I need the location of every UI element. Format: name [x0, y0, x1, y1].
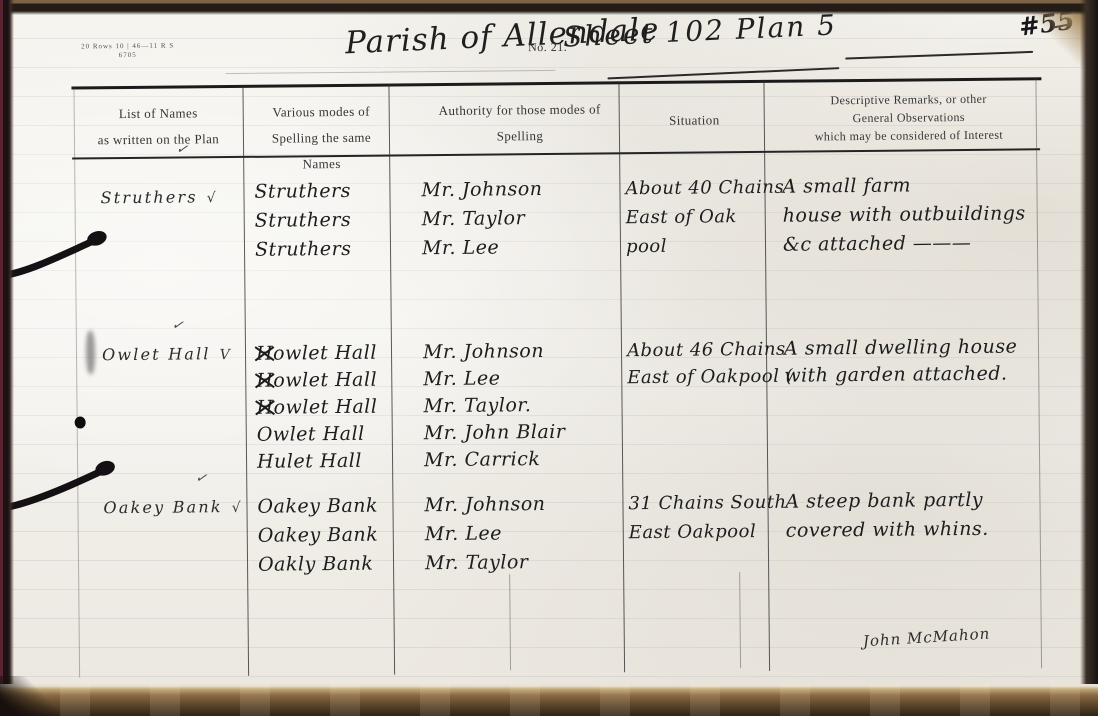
scanned-page: 20 Rows 10 | 46—11 R S 6705 Parish of Al…	[0, 0, 1098, 716]
column-header-names: List of Namesas written on the Plan	[73, 88, 243, 158]
authority-entry: Mr. Taylor	[422, 203, 620, 234]
spelling-entry: Howlet Hall	[256, 340, 391, 368]
remarks-cell: A small dwelling housewith garden attach…	[766, 323, 1039, 481]
situation-line: East Oakpool	[629, 517, 768, 547]
authority-entry: Mr. Lee	[423, 364, 621, 393]
plan-name: Owlet Hall	[102, 344, 211, 364]
spelling-entry: Hulet Hall	[257, 448, 392, 476]
name-cell: ✓ Oakey Bank √	[77, 486, 248, 678]
situation-cell: 31 Chains SouthEast Oakpool	[622, 481, 769, 672]
binding-cord-top	[5, 208, 118, 285]
spellings-cell: Oakey BankOakey BankOakly Bank	[246, 485, 394, 676]
header-line: Spelling	[421, 122, 619, 150]
column-header-situation: Situation	[618, 83, 764, 152]
check-mark: V	[220, 347, 230, 363]
name-book-table: List of Namesas written on the Plan Vari…	[73, 77, 1041, 677]
scan-corner-shadow	[0, 676, 70, 716]
binding-cord-bottom	[7, 436, 126, 515]
header-line: Situation	[625, 107, 764, 134]
spelling-entry: Oakey Bank	[257, 492, 392, 522]
authority-entry: Mr. Taylor	[425, 547, 623, 578]
paper: 20 Rows 10 | 46—11 R S 6705 Parish of Al…	[10, 10, 1086, 690]
spelling-entry: Struthers	[255, 206, 390, 236]
form-print-line: 6705	[81, 51, 174, 61]
header-line: Various modes of	[254, 99, 389, 126]
authorities-cell: Mr. JohnsonMr. LeeMr. Taylor	[392, 482, 624, 674]
remarks-line: covered with whins.	[786, 514, 1040, 545]
ink-smudge	[86, 330, 95, 374]
remarks-line: A small farm	[782, 170, 1036, 201]
remarks-line: &c attached ———	[783, 228, 1037, 259]
table-header-row: List of Namesas written on the Plan Vari…	[73, 80, 1036, 157]
remarks-line: house with outbuildings	[783, 199, 1037, 230]
form-print-line: 20 Rows 10 | 46—11 R S	[81, 42, 174, 52]
spellings-cell: StruthersStruthersStruthers	[243, 155, 391, 331]
struck-letter: H	[256, 341, 273, 368]
remarks-line: with garden attached.	[784, 360, 1038, 389]
form-print: 20 Rows 10 | 46—11 R S 6705	[81, 42, 174, 61]
spelling-entry: Oakey Bank	[258, 520, 393, 550]
spelling-entry: Howlet Hall	[256, 367, 391, 395]
authority-entry: Mr. Lee	[425, 518, 623, 549]
faint-rule	[225, 70, 555, 74]
spelling-entry: Oakly Bank	[258, 549, 393, 579]
form-number: No. 21.	[528, 40, 567, 55]
spelling-entry: Owlet Hall	[257, 421, 392, 449]
authority-entry: Mr. Johnson	[423, 337, 621, 366]
situation-line: About 40 Chains	[625, 173, 764, 203]
table-row: ✓ Struthers √ StruthersStruthersStruther…	[74, 148, 1038, 332]
check-mark: √	[207, 190, 216, 206]
plan-name: Struthers	[100, 187, 197, 207]
underline-flourish	[845, 51, 1033, 59]
scan-edge-top	[0, 0, 1098, 15]
column-header-authority: Authority for those modes ofSpelling	[388, 84, 619, 154]
situation-line: pool	[626, 231, 765, 261]
table-row: ✓ Owlet Hall V Howlet HallHowlet HallHow…	[76, 323, 1039, 487]
situation-cell: About 40 ChainsEast of Oakpool	[619, 151, 766, 327]
authority-entry: Mr. John Blair	[424, 418, 622, 447]
remarks-line: A steep bank partly	[785, 485, 1039, 516]
authority-entry: Mr. Johnson	[424, 489, 622, 520]
situation-line: 31 Chains South	[628, 488, 767, 518]
remarks-line: A small dwelling house	[784, 333, 1038, 362]
header-line: which may be considered of Interest	[782, 125, 1036, 145]
page-edge-right	[1080, 0, 1098, 716]
situation-cell: About 46 ChainsEast of Oakpool (	[621, 326, 767, 482]
spellings-cell: Howlet HallHowlet HallHowlet HallOwlet H…	[245, 330, 392, 486]
authority-entry: Mr. Carrick	[424, 445, 622, 474]
page-content: 20 Rows 10 | 46—11 R S 6705 Parish of Al…	[7, 5, 1089, 695]
situation-line: East of Oak	[626, 202, 765, 232]
underline-flourish	[607, 67, 839, 79]
check-mark: √	[232, 500, 241, 516]
header-line: Authority for those modes of	[421, 96, 619, 124]
remarks-cell: A small farmhouse with outbuildings&c at…	[764, 148, 1038, 326]
ink-blot	[75, 416, 86, 428]
check-mark: ✓	[171, 317, 185, 335]
authority-entry: Mr. Lee	[422, 232, 620, 263]
spelling-entry: Struthers	[254, 177, 389, 207]
authorities-cell: Mr. JohnsonMr. TaylorMr. Lee	[389, 152, 621, 329]
situation-line: About 46 Chains	[627, 336, 766, 364]
column-header-spellings: Various modes ofSpelling the same Names	[242, 87, 389, 156]
authorities-cell: Mr. JohnsonMr. LeeMr. Taylor.Mr. John Bl…	[391, 327, 622, 484]
column-header-remarks: Descriptive Remarks, or otherGeneral Obs…	[763, 80, 1036, 151]
struck-letter: H	[256, 368, 273, 395]
authority-entry: Mr. Taylor.	[423, 391, 621, 420]
check-mark: ✓	[175, 141, 189, 159]
binding-edge-left	[0, 0, 14, 716]
spelling-entry: Struthers	[255, 235, 390, 265]
authority-entry: Mr. Johnson	[421, 174, 619, 205]
situation-line: East of Oakpool (	[627, 363, 766, 391]
header-line: List of Names	[74, 100, 243, 128]
check-mark: ✓	[194, 469, 208, 487]
struck-letter: H	[256, 395, 273, 422]
header-line: as written on the Plan	[74, 126, 243, 154]
spelling-entry: Howlet Hall	[256, 394, 391, 422]
page-stack-edge-bottom	[0, 684, 1098, 716]
